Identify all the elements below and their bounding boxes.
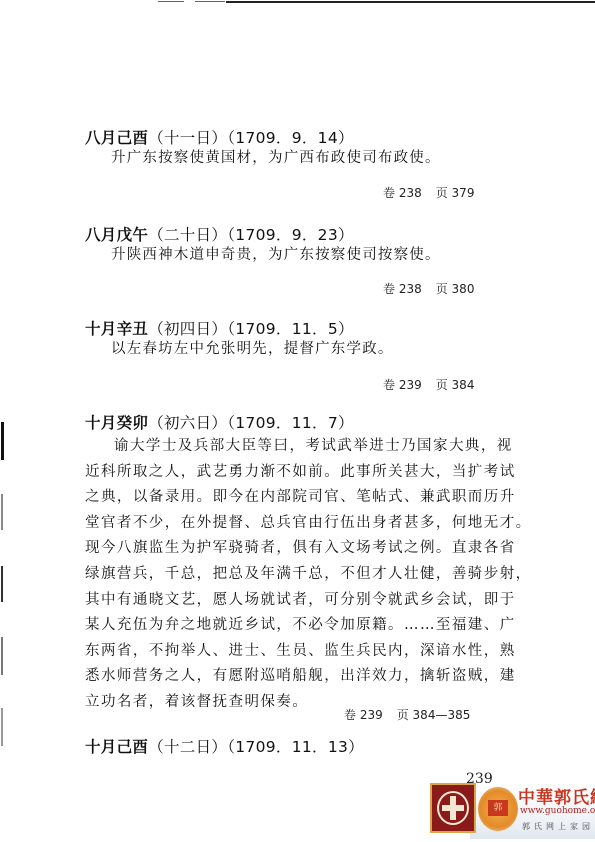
entry-gregorian-date: （1709．11．5） xyxy=(227,320,354,338)
entry-paragraph: 谕大学士及兵部大臣等曰，考试武举进士乃国家大典，视 近科所取之人，武艺勇力渐不如… xyxy=(85,434,523,716)
entry-gregorian-date: （1709．9．14） xyxy=(227,129,354,147)
paragraph-line: 现今八旗监生为护军骁骑者，俱有入文场考试之例。直隶各省 xyxy=(85,536,523,562)
watermark-slogan: 郭氏网上家园 xyxy=(522,821,594,832)
entry: 十月癸卯（初六日）（1709．11．7） 谕大学士及兵部大臣等曰，考试武举进士乃… xyxy=(85,413,523,716)
entry-day: （十二日） xyxy=(148,738,227,756)
source-page: 页 379 xyxy=(436,186,475,200)
entry-day: （初六日） xyxy=(148,414,227,432)
cross-emblem-icon xyxy=(430,783,476,833)
binding-mark xyxy=(1,494,3,530)
paragraph-line: 堂官者不少，在外提督、总兵官由行伍出身者甚多，何地无才。 xyxy=(85,511,523,537)
entry-heading: 十月辛丑（初四日）（1709．11．5） xyxy=(85,319,515,339)
source-juan: 卷 238 xyxy=(383,282,422,296)
watermark-title: 中華郭氏網 xyxy=(518,783,595,808)
entry: 八月己酉（十一日）（1709．9．14） 升广东按察使黄国材，为广西布政使司布政… xyxy=(85,128,515,168)
entry-heading: 十月癸卯（初六日）（1709．11．7） xyxy=(85,413,523,433)
entry-date: 十月辛丑 xyxy=(85,320,148,338)
paragraph-line: 某人充伍为弁之地就近乡试，不必令加原籍。……至福建、广 xyxy=(85,613,523,639)
top-rule-segment xyxy=(158,1,184,2)
entry-day: （二十日） xyxy=(148,226,227,244)
entry: 八月戊午（二十日）（1709．9．23） 升陕西神木道申奇贵，为广东按察使司按察… xyxy=(85,225,515,265)
paragraph-line: 其中有通晓文艺，愿人场就试者，可分别令就武乡会试，即于 xyxy=(85,588,523,614)
entry-source: 卷 238页 380 xyxy=(383,280,474,297)
entry-heading: 八月戊午（二十日）（1709．9．23） xyxy=(85,225,515,245)
binding-mark xyxy=(1,637,3,675)
paragraph-line: 东两省，不拘举人、进士、生员、监生兵民内，深谙水性，熟 xyxy=(85,639,523,665)
source-page: 页 380 xyxy=(436,282,475,296)
binding-mark xyxy=(1,422,4,460)
paragraph-line: 绿旗营兵，千总，把总及年满千总，不但才人壮健，善骑步射， xyxy=(85,562,523,588)
entry-gregorian-date: （1709．11．7） xyxy=(227,414,354,432)
entry-source: 卷 239页 384—385 xyxy=(344,706,470,723)
watermark-url: www.guohome.org xyxy=(520,806,595,816)
top-rule-segment xyxy=(195,1,225,2)
entry-heading: 八月己酉（十一日）（1709．9．14） xyxy=(85,128,515,148)
paragraph-line: 谕大学士及兵部大臣等曰，考试武举进士乃国家大典，视 xyxy=(85,434,523,460)
seal-icon: 郭 xyxy=(478,787,518,831)
binding-mark xyxy=(1,708,3,746)
entry: 十月己酉（十二日）（1709．11．13） xyxy=(85,737,515,757)
top-rule xyxy=(226,1,595,3)
entry: 十月辛丑（初四日）（1709．11．5） 以左春坊左中允张明先，提督广东学政。 xyxy=(85,319,515,359)
entry-date: 十月癸卯 xyxy=(85,414,148,432)
entry-day: （十一日） xyxy=(148,129,227,147)
entry-heading: 十月己酉（十二日）（1709．11．13） xyxy=(85,737,515,757)
entry-source: 卷 239页 384 xyxy=(383,376,474,393)
source-page: 页 384—385 xyxy=(397,708,471,722)
source-juan: 卷 239 xyxy=(383,378,422,392)
source-juan: 卷 238 xyxy=(383,186,422,200)
entry-gregorian-date: （1709．11．13） xyxy=(227,738,364,756)
entry-date: 十月己酉 xyxy=(85,738,148,756)
entry-body: 以左春坊左中允张明先，提督广东学政。 xyxy=(85,339,515,359)
source-juan: 卷 239 xyxy=(344,708,383,722)
paragraph-line: 之典，以备录用。即今在内部院司官、笔帖式、兼武职而历升 xyxy=(85,485,523,511)
entry-gregorian-date: （1709．9．23） xyxy=(227,226,354,244)
watermark: 郭 中華郭氏網 www.guohome.org 郭氏网上家园 xyxy=(430,783,595,839)
entry-date: 八月戊午 xyxy=(85,226,148,244)
binding-mark xyxy=(1,566,3,602)
entry-source: 卷 238页 379 xyxy=(383,184,474,201)
paragraph-line: 近科所取之人，武艺勇力渐不如前。此事所关甚大，当扩考试 xyxy=(85,460,523,486)
paragraph-line: 悉水师营务之人，有愿附巡哨船舰，出洋效力，擒斩盗贼，建 xyxy=(85,664,523,690)
entry-date: 八月己酉 xyxy=(85,129,148,147)
entry-body: 升陕西神木道申奇贵，为广东按察使司按察使。 xyxy=(85,245,515,265)
entry-day: （初四日） xyxy=(148,320,227,338)
entry-body: 升广东按察使黄国材，为广西布政使司布政使。 xyxy=(85,148,515,168)
source-page: 页 384 xyxy=(436,378,475,392)
